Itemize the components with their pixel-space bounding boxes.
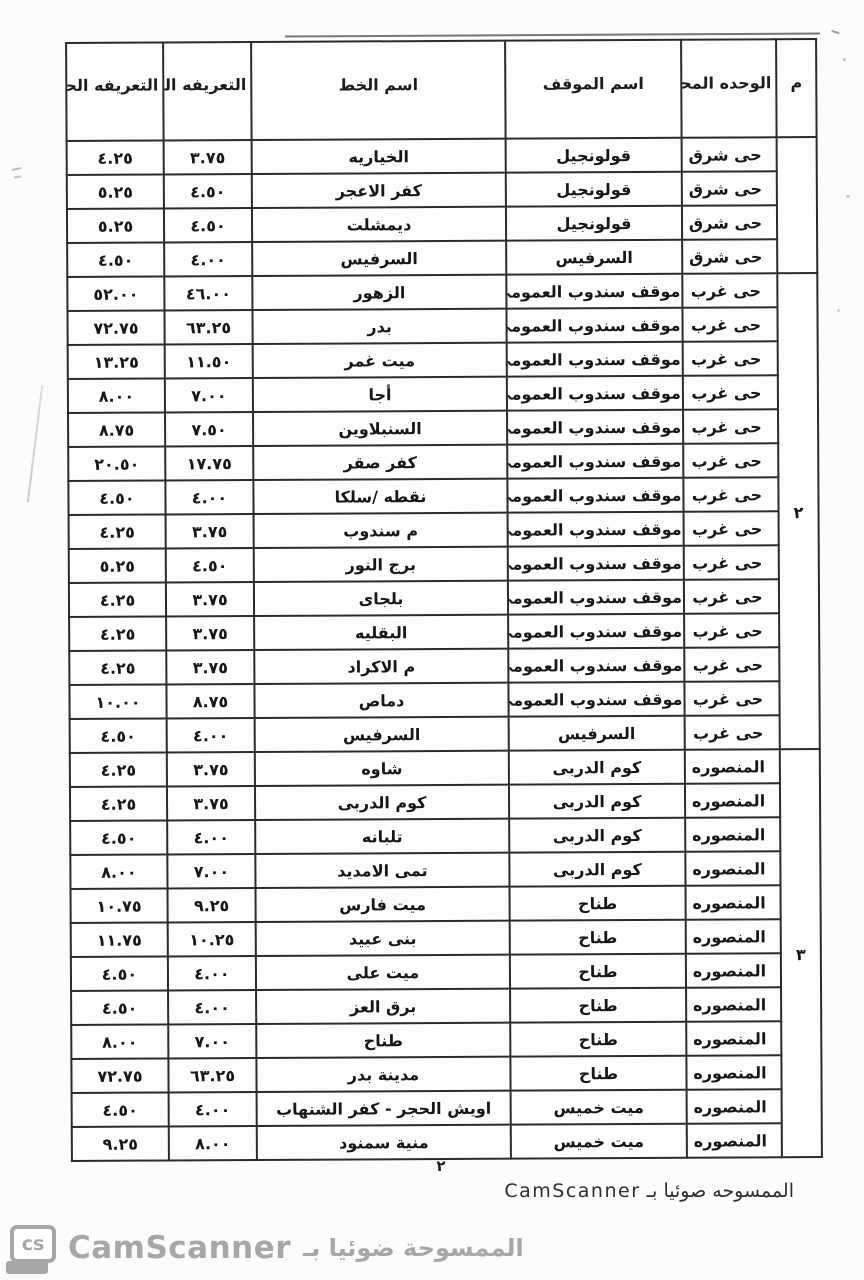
- previous-tariff-cell: ٤.٠٠: [167, 820, 255, 854]
- camscanner-brand-text: CamScanner: [68, 1230, 291, 1266]
- scan-artifact: [14, 176, 21, 179]
- table-row: حى غربالسرفيسالسرفيس٤.٠٠٤.٥٠: [70, 715, 820, 753]
- previous-tariff-cell: ٣.٧٥: [166, 514, 254, 548]
- local-unit-cell: المنصوره: [685, 817, 780, 851]
- previous-tariff-cell: ٤.٠٠: [169, 1092, 257, 1126]
- table-row: حى شرققولونجيلالخياريه٣.٧٥٤.٢٥: [67, 137, 817, 175]
- line-name-cell: السرفيس: [252, 241, 506, 276]
- local-unit-cell: حى شرق: [682, 205, 777, 239]
- previous-tariff-cell: ٤.٠٠: [168, 990, 256, 1024]
- local-unit-cell: المنصوره: [685, 851, 780, 885]
- current-tariff-cell: ٨.٠٠: [68, 378, 165, 413]
- previous-tariff-cell: ٤.٥٠: [166, 548, 254, 582]
- current-tariff-cell: ٤.٢٥: [69, 650, 166, 685]
- line-name-cell: ديمشلت: [252, 207, 506, 242]
- table-row: حى غربموقف سندوب العمومىم الاكراد٣.٧٥٤.٢…: [69, 647, 819, 685]
- current-tariff-cell: ١٠.٠٠: [69, 684, 166, 719]
- camscanner-logo-icon: cs: [8, 1223, 56, 1273]
- previous-tariff-cell: ٤.٠٠: [168, 956, 256, 990]
- previous-tariff-cell: ٨.٠٠: [169, 1126, 257, 1160]
- previous-tariff-cell: ٦٣.٢٥: [168, 1058, 256, 1092]
- current-tariff-cell: ٤.٢٥: [70, 752, 167, 787]
- line-name-cell: السنبلاوين: [253, 411, 507, 446]
- station-name-cell: موقف سندوب العمومى: [506, 308, 682, 343]
- line-name-cell: السرفيس: [255, 717, 509, 752]
- local-unit-cell: حى غرب: [683, 409, 778, 443]
- line-name-cell: برج النور: [254, 547, 508, 582]
- line-name-cell: بلجاى: [254, 581, 508, 616]
- current-tariff-cell: ٨.٠٠: [70, 854, 167, 889]
- table-row: المنصورهكوم الدربىكوم الدربى٣.٧٥٤.٢٥: [70, 783, 820, 821]
- table-row: ٢حى غربموقف سندوب العمومىالزهور٤٦.٠٠٥٢.٠…: [67, 273, 817, 311]
- station-name-cell: ميت خميس: [511, 1090, 687, 1125]
- previous-tariff-cell: ٧.٠٠: [165, 378, 253, 412]
- station-name-cell: موقف سندوب العمومى: [507, 376, 683, 411]
- previous-tariff-cell: ٣.٧٥: [164, 140, 252, 174]
- table-row: المنصورهطناحميت فارس٩.٢٥١٠.٧٥: [71, 885, 821, 923]
- station-name-cell: موقف سندوب العمومى: [508, 682, 684, 717]
- current-tariff-cell: ٤.٢٥: [69, 582, 166, 617]
- camscanner-watermark-bar: cs CamScanner الممسوحة ضوئيا بـ: [8, 1222, 526, 1274]
- line-name-cell: م سندوب: [254, 513, 508, 548]
- current-tariff-cell: ٤.٢٥: [67, 140, 164, 175]
- local-unit-cell: حى غرب: [683, 443, 778, 477]
- line-name-cell: ميت فارس: [256, 887, 510, 922]
- handwritten-watermark: الممسوحه صوئيا بـ CamScanner: [518, 1180, 794, 1202]
- table-row: المنصورهطناحمدينة بدر٦٣.٢٥٧٢.٧٥: [71, 1055, 821, 1093]
- previous-tariff-cell: ٧.٠٠: [167, 854, 255, 888]
- table-row: حى شرققولونجيلديمشلت٤.٥٠٥.٢٥: [67, 205, 817, 243]
- local-unit-cell: المنصوره: [686, 953, 781, 987]
- scan-artifact-top-rule: [285, 33, 820, 38]
- header-current-tariff: التعريفه الحاليه: [66, 42, 164, 141]
- local-unit-cell: المنصوره: [687, 1123, 782, 1157]
- current-tariff-cell: ٤.٥٠: [71, 956, 168, 991]
- line-name-cell: كفر الاعجر: [252, 173, 506, 208]
- local-unit-cell: المنصوره: [687, 1089, 782, 1123]
- table-row: المنصورهكوم الدربىتمى الامديد٧.٠٠٨.٠٠: [70, 851, 820, 889]
- line-name-cell: أجا: [253, 377, 507, 412]
- local-unit-cell: حى غرب: [684, 545, 779, 579]
- station-name-cell: كوم الدربى: [509, 818, 685, 853]
- table-row: حى غربموقف سندوب العمومىكفر صقر١٧.٧٥٢٠.٥…: [68, 443, 818, 481]
- station-name-cell: موقف سندوب العمومى: [508, 546, 684, 581]
- table-row: المنصورهطناحبنى عبيد١٠.٢٥١١.٧٥: [71, 919, 821, 957]
- local-unit-cell: المنصوره: [686, 987, 781, 1021]
- station-name-cell: موقف سندوب العمومى: [508, 648, 684, 683]
- line-name-cell: برق العز: [256, 989, 510, 1024]
- previous-tariff-cell: ٦٣.٢٥: [164, 310, 252, 344]
- station-name-cell: كوم الدربى: [509, 852, 685, 887]
- current-tariff-cell: ٤.٥٠: [68, 480, 165, 515]
- current-tariff-cell: ٤.٥٠: [70, 718, 167, 753]
- previous-tariff-cell: ٣.٧٥: [167, 786, 255, 820]
- line-name-cell: م الاكراد: [254, 649, 508, 684]
- line-name-cell: ميت غمر: [253, 343, 507, 378]
- local-unit-cell: حى غرب: [685, 715, 780, 749]
- header-row: م الوحده المحليه اسم الموقف اسم الخط الت…: [66, 39, 817, 141]
- current-tariff-cell: ٥٢.٠٠: [67, 276, 164, 311]
- header-serial: م: [776, 39, 817, 137]
- local-unit-cell: حى شرق: [682, 171, 777, 205]
- scan-artifact: [837, 309, 840, 312]
- station-name-cell: طناح: [510, 1022, 686, 1057]
- line-name-cell: الزهور: [252, 275, 506, 310]
- previous-tariff-cell: ٤.٥٠: [164, 208, 252, 242]
- table-row: حى شرققولونجيلكفر الاعجر٤.٥٠٥.٢٥: [67, 171, 817, 209]
- local-unit-cell: المنصوره: [686, 1055, 781, 1089]
- station-name-cell: موقف سندوب العمومى: [508, 512, 684, 547]
- fare-table: م الوحده المحليه اسم الموقف اسم الخط الت…: [65, 38, 823, 1162]
- station-name-cell: طناح: [510, 886, 686, 921]
- local-unit-cell: حى غرب: [682, 273, 777, 307]
- scan-artifact: [830, 30, 839, 37]
- current-tariff-cell: ١١.٧٥: [71, 922, 168, 957]
- current-tariff-cell: ٢٠.٥٠: [68, 446, 165, 481]
- previous-tariff-cell: ٣.٧٥: [166, 582, 254, 616]
- current-tariff-cell: ٤.٥٠: [72, 1092, 169, 1127]
- local-unit-cell: حى شرق: [682, 239, 777, 273]
- header-line-name: اسم الخط: [251, 41, 506, 140]
- local-unit-cell: حى غرب: [683, 375, 778, 409]
- line-name-cell: تمى الامديد: [255, 853, 509, 888]
- line-name-cell: دماص: [254, 683, 508, 718]
- local-unit-cell: حى غرب: [684, 579, 779, 613]
- local-unit-cell: المنصوره: [686, 1021, 781, 1055]
- line-name-cell: بنى عبيد: [256, 921, 510, 956]
- previous-tariff-cell: ٣.٧٥: [167, 752, 255, 786]
- local-unit-cell: المنصوره: [685, 749, 780, 783]
- previous-tariff-cell: ٧.٥٠: [165, 412, 253, 446]
- table-row: المنصورهطناحبرق العز٤.٠٠٤.٥٠: [71, 987, 821, 1025]
- previous-tariff-cell: ٤.٠٠: [165, 480, 253, 514]
- local-unit-cell: حى شرق: [682, 137, 777, 171]
- table-row: حى شرقالسرفيسالسرفيس٤.٠٠٤.٥٠: [67, 239, 817, 277]
- previous-tariff-cell: ٣.٧٥: [166, 616, 254, 650]
- scan-artifact: [27, 385, 43, 502]
- station-name-cell: السرفيس: [509, 716, 685, 751]
- table-row: حى غربموقف سندوب العمومىبلجاى٣.٧٥٤.٢٥: [69, 579, 819, 617]
- current-tariff-cell: ١٠.٧٥: [71, 888, 168, 923]
- line-name-cell: كوم الدربى: [255, 785, 509, 820]
- line-name-cell: منية سمنود: [257, 1125, 511, 1160]
- local-unit-cell: حى غرب: [684, 681, 779, 715]
- previous-tariff-cell: ٧.٠٠: [168, 1024, 256, 1058]
- local-unit-cell: حى غرب: [683, 477, 778, 511]
- line-name-cell: البقليه: [254, 615, 508, 650]
- header-previous-tariff: التعريفه السابقه: [163, 42, 252, 140]
- camscanner-logo-base: [6, 1261, 48, 1274]
- previous-tariff-cell: ٤.٠٠: [167, 718, 255, 752]
- current-tariff-cell: ٩.٢٥: [72, 1126, 169, 1161]
- station-name-cell: موقف سندوب العمومى: [507, 444, 683, 479]
- previous-tariff-cell: ١١.٥٠: [165, 344, 253, 378]
- table-row: حى غربموقف سندوب العمومىدماص٨.٧٥١٠.٠٠: [69, 681, 819, 719]
- local-unit-cell: حى غرب: [684, 613, 779, 647]
- table-row: المنصورهميت خميساويش الحجر - كفر الشنهاب…: [72, 1089, 822, 1127]
- line-name-cell: مدينة بدر: [256, 1057, 510, 1092]
- scan-artifact: [843, 58, 846, 61]
- line-name-cell: اويش الحجر - كفر الشنهاب: [257, 1091, 511, 1126]
- station-name-cell: قولونجيل: [506, 172, 682, 207]
- current-tariff-cell: ٥.٢٥: [67, 174, 164, 209]
- fare-table-wrap: م الوحده المحليه اسم الموقف اسم الخط الت…: [65, 38, 821, 1162]
- current-tariff-cell: ٨.٠٠: [71, 1024, 168, 1059]
- station-name-cell: موقف سندوب العمومى: [507, 342, 683, 377]
- current-tariff-cell: ٤.٢٥: [69, 514, 166, 549]
- previous-tariff-cell: ٤.٠٠: [164, 242, 252, 276]
- table-row: حى غربموقف سندوب العمومىبرج النور٤.٥٠٥.٢…: [69, 545, 819, 583]
- table-row: ٣المنصورهكوم الدربىشاوه٣.٧٥٤.٢٥: [70, 749, 820, 787]
- table-row: حى غربموقف سندوب العمومىالسنبلاوين٧.٥٠٨.…: [68, 409, 818, 447]
- current-tariff-cell: ٤.٥٠: [70, 820, 167, 855]
- local-unit-cell: حى غرب: [684, 511, 779, 545]
- station-name-cell: موقف سندوب العمومى: [508, 614, 684, 649]
- previous-tariff-cell: ١٧.٧٥: [165, 446, 253, 480]
- previous-tariff-cell: ٤.٥٠: [164, 174, 252, 208]
- local-unit-cell: حى غرب: [684, 647, 779, 681]
- handwritten-watermark-brand: CamScanner: [504, 1180, 640, 1202]
- serial-cell: ٣: [780, 749, 822, 1157]
- local-unit-cell: المنصوره: [686, 919, 781, 953]
- line-name-cell: شاوه: [255, 751, 509, 786]
- previous-tariff-cell: ٨.٧٥: [166, 684, 254, 718]
- station-name-cell: كوم الدربى: [509, 750, 685, 785]
- scan-artifact: [846, 195, 850, 198]
- station-name-cell: طناح: [510, 954, 686, 989]
- table-row: حى غربموقف سندوب العمومىبدر٦٣.٢٥٧٢.٧٥: [67, 307, 817, 345]
- current-tariff-cell: ٧٢.٧٥: [71, 1058, 168, 1093]
- table-row: المنصورهطناحطناح٧.٠٠٨.٠٠: [71, 1021, 821, 1059]
- previous-tariff-cell: ٩.٢٥: [168, 888, 256, 922]
- serial-cell: ٢: [777, 273, 819, 749]
- line-name-cell: طناح: [256, 1023, 510, 1058]
- line-name-cell: كفر صقر: [253, 445, 507, 480]
- local-unit-cell: المنصوره: [685, 885, 780, 919]
- line-name-cell: ميت على: [256, 955, 510, 990]
- current-tariff-cell: ٨.٧٥: [68, 412, 165, 447]
- station-name-cell: قولونجيل: [506, 206, 682, 241]
- local-unit-cell: حى غرب: [683, 341, 778, 375]
- current-tariff-cell: ٤.٢٥: [70, 786, 167, 821]
- station-name-cell: موقف سندوب العمومى: [507, 410, 683, 445]
- local-unit-cell: المنصوره: [685, 783, 780, 817]
- table-row: حى غربموقف سندوب العمومىميت غمر١١.٥٠١٣.٢…: [68, 341, 818, 379]
- header-local-unit: الوحده المحليه: [681, 39, 777, 137]
- previous-tariff-cell: ٤٦.٠٠: [164, 276, 252, 310]
- local-unit-cell: حى غرب: [682, 307, 777, 341]
- current-tariff-cell: ٧٢.٧٥: [67, 310, 164, 345]
- line-name-cell: تلبانه: [255, 819, 509, 854]
- table-row: حى غربموقف سندوب العمومىالبقليه٣.٧٥٤.٢٥: [69, 613, 819, 651]
- station-name-cell: موقف سندوب العمومى: [507, 478, 683, 513]
- current-tariff-cell: ٤.٥٠: [67, 242, 164, 277]
- previous-tariff-cell: ١٠.٢٥: [168, 922, 256, 956]
- line-name-cell: بدر: [252, 309, 506, 344]
- current-tariff-cell: ١٣.٢٥: [68, 344, 165, 379]
- table-row: المنصورهكوم الدربىتلبانه٤.٠٠٤.٥٠: [70, 817, 820, 855]
- scanned-page: { "page": { "page_number": "٢" }, "table…: [0, 0, 864, 1280]
- current-tariff-cell: ٥.٢٥: [67, 208, 164, 243]
- table-row: حى غربموقف سندوب العمومىم سندوب٣.٧٥٤.٢٥: [69, 511, 819, 549]
- camscanner-arabic-text: الممسوحة ضوئيا بـ: [303, 1234, 524, 1262]
- previous-tariff-cell: ٣.٧٥: [166, 650, 254, 684]
- table-row: حى غربموقف سندوب العمومىأجا٧.٠٠٨.٠٠: [68, 375, 818, 413]
- station-name-cell: طناح: [510, 988, 686, 1023]
- table-row: المنصورهميت خميسمنية سمنود٨.٠٠٩.٢٥: [72, 1123, 822, 1161]
- station-name-cell: طناح: [510, 1056, 686, 1091]
- station-name-cell: السرفيس: [506, 240, 682, 275]
- current-tariff-cell: ٤.٥٠: [71, 990, 168, 1025]
- line-name-cell: الخياريه: [252, 139, 506, 174]
- table-row: المنصورهطناحميت على٤.٠٠٤.٥٠: [71, 953, 821, 991]
- line-name-cell: نقطه /سلكا: [253, 479, 507, 514]
- station-name-cell: طناح: [510, 920, 686, 955]
- page-number: ٢: [425, 1157, 457, 1175]
- station-name-cell: قولونجيل: [506, 138, 682, 173]
- handwritten-watermark-arabic: الممسوحه صوئيا بـ: [647, 1180, 794, 1202]
- current-tariff-cell: ٥.٢٥: [69, 548, 166, 583]
- header-station-name: اسم الموقف: [505, 40, 682, 139]
- fare-table-body: حى شرققولونجيلالخياريه٣.٧٥٤.٢٥حى شرققولو…: [67, 137, 822, 1161]
- station-name-cell: موقف سندوب العمومى: [508, 580, 684, 615]
- current-tariff-cell: ٤.٢٥: [69, 616, 166, 651]
- camscanner-logo-letters: cs: [10, 1225, 56, 1263]
- serial-cell: [777, 137, 818, 273]
- station-name-cell: موقف سندوب العمومى: [506, 274, 682, 309]
- station-name-cell: كوم الدربى: [509, 784, 685, 819]
- scan-artifact: [12, 167, 21, 171]
- table-row: حى غربموقف سندوب العمومىنقطه /سلكا٤.٠٠٤.…: [68, 477, 818, 515]
- station-name-cell: ميت خميس: [511, 1124, 687, 1159]
